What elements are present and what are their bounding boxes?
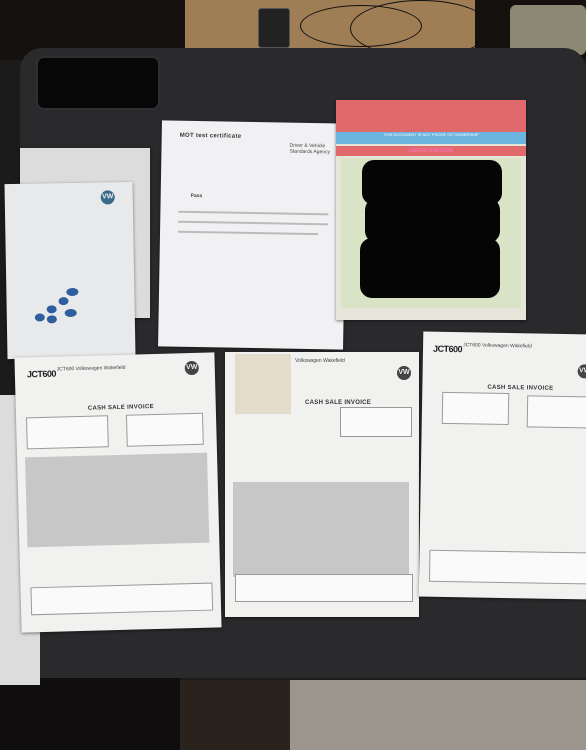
address-box bbox=[340, 407, 412, 437]
dealer-name: Volkswagen Wakefield bbox=[295, 358, 345, 364]
vw-logo-icon: VW bbox=[101, 190, 115, 204]
dealer-name: JCT600 Volkswagen Wakefield bbox=[57, 365, 126, 373]
keypad-key bbox=[65, 309, 77, 317]
totals-box bbox=[30, 583, 213, 616]
keypad-key bbox=[35, 313, 45, 321]
keypad-key bbox=[47, 305, 57, 313]
vw-logo-icon: VW bbox=[578, 364, 586, 378]
mot-certificate: MOT test certificate Driver & Vehicle St… bbox=[158, 120, 347, 349]
text-line bbox=[178, 221, 328, 226]
fluffy-rug bbox=[290, 680, 586, 750]
jct600-logo: JCT600 bbox=[433, 344, 462, 355]
redaction bbox=[365, 198, 500, 243]
invoice-title: CASH SALE INVOICE bbox=[88, 404, 154, 412]
cash-sale-invoice-1: JCT600 JCT600 Volkswagen Wakefield VW CA… bbox=[14, 352, 221, 632]
fold-shadow bbox=[25, 453, 209, 548]
v5c-banner: THIS DOCUMENT IS NOT PROOF OF OWNERSHIP bbox=[336, 132, 526, 144]
charger bbox=[258, 8, 290, 48]
vw-logo-icon: VW bbox=[397, 366, 411, 380]
receipt-slip bbox=[235, 354, 291, 414]
mot-result: Pass bbox=[191, 193, 203, 199]
totals-box bbox=[235, 574, 413, 602]
vw-service-booklet: VW bbox=[4, 182, 135, 359]
dealer-name: JCT600 Volkswagen Wakefield bbox=[463, 342, 532, 349]
redaction bbox=[360, 238, 500, 298]
invoice-title: CASH SALE INVOICE bbox=[305, 400, 371, 406]
dvsa-agency: Driver & Vehicle Standards Agency bbox=[289, 143, 339, 156]
keypad-key bbox=[66, 288, 78, 296]
jct600-logo: JCT600 bbox=[27, 369, 56, 380]
address-box bbox=[26, 415, 109, 449]
v5c-country: UNITED KINGDOM bbox=[336, 146, 526, 156]
cash-sale-invoice-3: JCT600 JCT600 Volkswagen Wakefield VW CA… bbox=[419, 332, 586, 600]
v5c-header bbox=[336, 100, 526, 132]
keypad-key bbox=[58, 297, 68, 305]
text-line bbox=[178, 211, 328, 216]
address-box bbox=[442, 392, 510, 425]
invoice-title: CASH SALE INVOICE bbox=[487, 385, 553, 392]
fold-shadow bbox=[233, 482, 409, 577]
rug-shadow bbox=[180, 680, 290, 750]
keypad-key bbox=[47, 315, 57, 323]
address-box bbox=[126, 413, 204, 447]
address-box bbox=[527, 395, 586, 428]
mot-title: MOT test certificate bbox=[180, 133, 242, 140]
totals-box bbox=[429, 550, 586, 585]
floor bbox=[0, 678, 180, 750]
smartphone bbox=[36, 56, 160, 110]
vw-logo-icon: VW bbox=[185, 361, 199, 375]
text-line bbox=[178, 231, 318, 235]
cash-sale-invoice-2: Volkswagen Wakefield VW CASH SALE INVOIC… bbox=[225, 352, 419, 617]
